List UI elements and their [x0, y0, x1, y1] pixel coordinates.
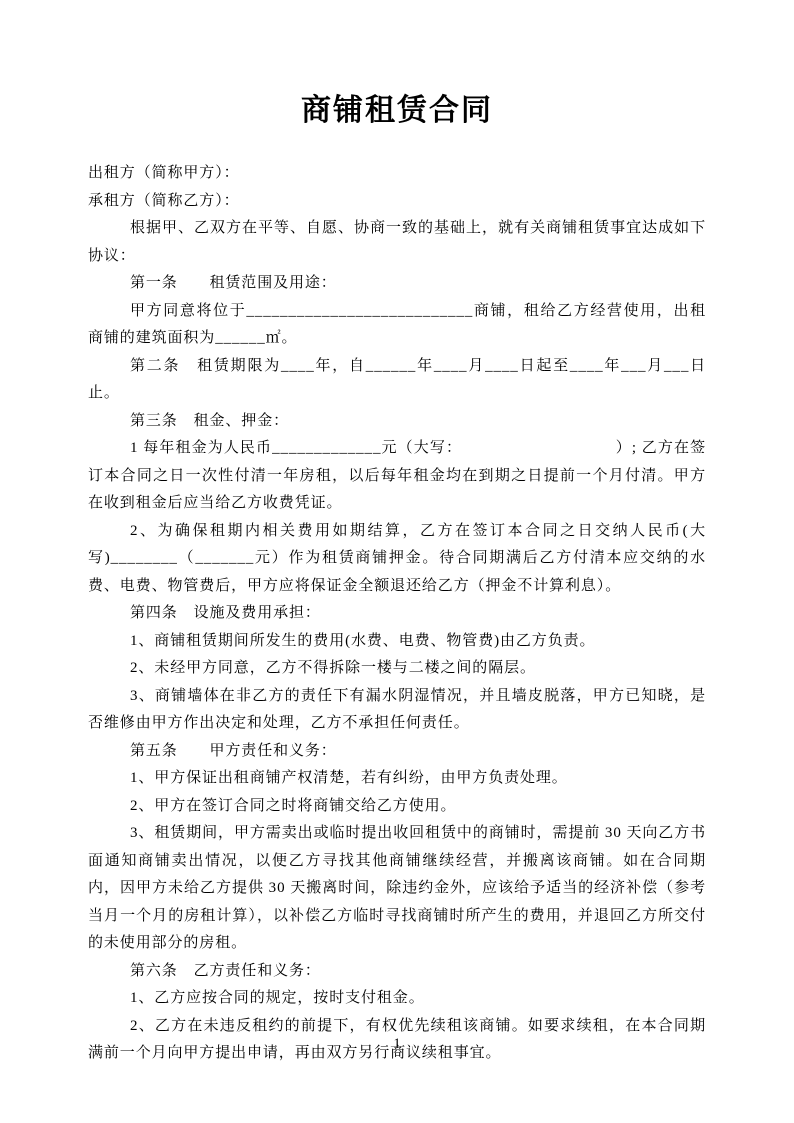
page-number: 1	[0, 1034, 794, 1054]
clause-6-item-1: 1、乙方应按合同的规定，按时支付租金。	[88, 985, 706, 1013]
document-title: 商铺租赁合同	[88, 86, 706, 136]
clause-1-heading: 第一条 租赁范围及用途：	[88, 270, 706, 298]
clause-3-item-1: 1 每年租金为人民币_____________元（大写： ）; 乙方在签订本合同…	[88, 435, 706, 518]
clause-5-heading: 第五条 甲方责任和义务：	[88, 738, 706, 766]
lessee-party-line: 承租方（简称乙方）：	[88, 188, 706, 216]
contract-page: 商铺租赁合同 出租方（简称甲方）： 承租方（简称乙方）： 根据甲、乙双方在平等、…	[0, 0, 794, 1123]
clause-4-item-2: 2、未经甲方同意，乙方不得拆除一楼与二楼之间的隔层。	[88, 655, 706, 683]
clause-5-item-2: 2、甲方在签订合同之时将商铺交给乙方使用。	[88, 793, 706, 821]
clause-3-heading: 第三条 租金、押金：	[88, 408, 706, 436]
clause-4-item-1: 1、商铺租赁期间所发生的费用(水费、电费、物管费)由乙方负责。	[88, 628, 706, 656]
clause-5-item-3: 3、租赁期间，甲方需卖出或临时提出收回租赁中的商铺时，需提前 30 天向乙方书面…	[88, 820, 706, 958]
contract-body: 商铺租赁合同 出租方（简称甲方）： 承租方（简称乙方）： 根据甲、乙双方在平等、…	[88, 86, 706, 1068]
clause-5-item-1: 1、甲方保证出租商铺产权清楚，若有纠纷，由甲方负责处理。	[88, 765, 706, 793]
lessor-party-line: 出租方（简称甲方）：	[88, 160, 706, 188]
clause-4-item-3: 3、商铺墙体在非乙方的责任下有漏水阴湿情况，并且墙皮脱落，甲方已知晓，是否维修由…	[88, 683, 706, 738]
preamble: 根据甲、乙双方在平等、自愿、协商一致的基础上，就有关商铺租赁事宜达成如下协议：	[88, 215, 706, 270]
clause-1-body: 甲方同意将位于___________________________商铺，租给乙…	[88, 298, 706, 353]
clause-2: 第二条 租赁期限为____年，自______年____月____日起至____年…	[88, 353, 706, 408]
clause-6-heading: 第六条 乙方责任和义务：	[88, 958, 706, 986]
clause-4-heading: 第四条 设施及费用承担：	[88, 600, 706, 628]
clause-3-item-2: 2、为确保租期内相关费用如期结算，乙方在签订本合同之日交纳人民币(大写)____…	[88, 518, 706, 601]
